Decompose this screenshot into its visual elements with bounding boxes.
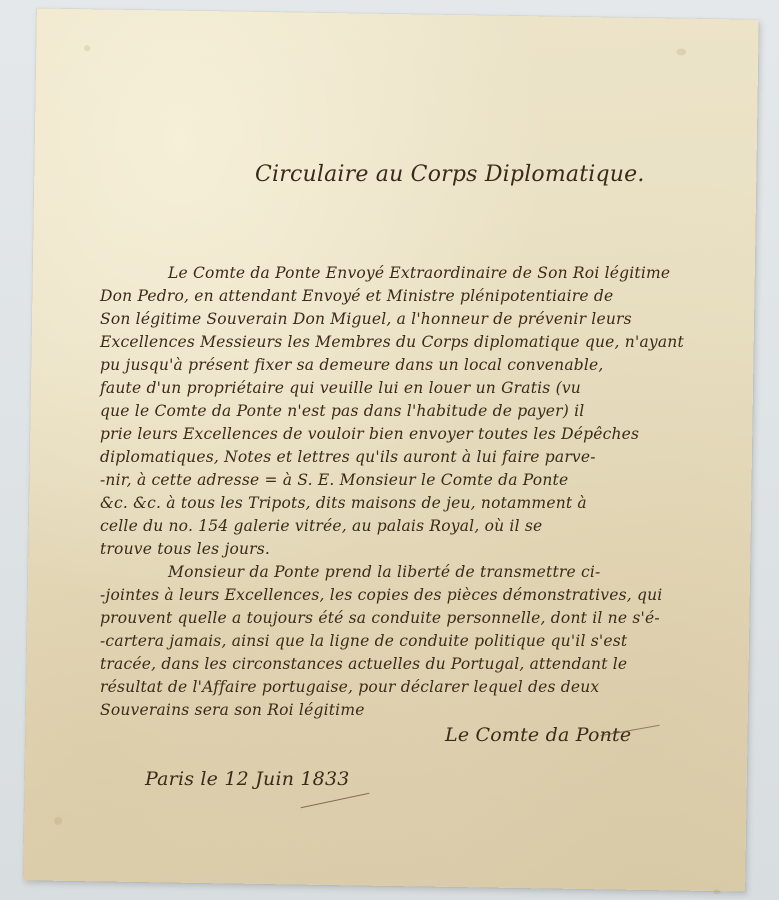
body-line: Son légitime Souverain Don Miguel, a l'h… bbox=[100, 310, 632, 328]
body-line: trouve tous les jours. bbox=[100, 540, 270, 558]
body-line: prie leurs Excellences de vouloir bien e… bbox=[100, 425, 639, 443]
body-line: diplomatiques, Notes et lettres qu'ils a… bbox=[100, 448, 596, 466]
letter-title: Circulaire au Corps Diplomatique. bbox=[255, 162, 645, 187]
body-line: résultat de l'Affaire portugaise, pour d… bbox=[100, 678, 599, 696]
body-line: Monsieur da Ponte prend la liberté de tr… bbox=[168, 563, 600, 581]
body-line: pu jusqu'à présent fixer sa demeure dans… bbox=[100, 356, 604, 374]
body-line: &c. &c. à tous les Tripots, dits maisons… bbox=[100, 494, 587, 512]
body-line: -nir, à cette adresse = à S. E. Monsieur… bbox=[100, 471, 568, 489]
body-line: celle du no. 154 galerie vitrée, au pala… bbox=[100, 517, 542, 535]
paper-stain bbox=[84, 45, 90, 51]
body-line: Excellences Messieurs les Membres du Cor… bbox=[100, 333, 684, 351]
paper-stain bbox=[54, 817, 62, 825]
body-line: prouvent quelle a toujours été sa condui… bbox=[100, 609, 660, 627]
date-line: Paris le 12 Juin 1833 bbox=[145, 768, 350, 790]
body-line: -cartera jamais, ainsi que la ligne de c… bbox=[100, 632, 627, 650]
paper-stain bbox=[676, 48, 686, 55]
paper-stain bbox=[713, 889, 720, 894]
body-line: faute d'un propriétaire qui veuille lui … bbox=[100, 379, 581, 397]
body-line: tracée, dans les circonstances actuelles… bbox=[100, 655, 627, 673]
body-line: Le Comte da Ponte Envoyé Extraordinaire … bbox=[168, 264, 670, 282]
body-line: que le Comte da Ponte n'est pas dans l'h… bbox=[100, 402, 584, 420]
body-line: Souverains sera son Roi légitime bbox=[100, 701, 365, 719]
body-line: -jointes à leurs Excellences, les copies… bbox=[100, 586, 662, 604]
body-line: Don Pedro, en attendant Envoyé et Minist… bbox=[100, 287, 613, 305]
